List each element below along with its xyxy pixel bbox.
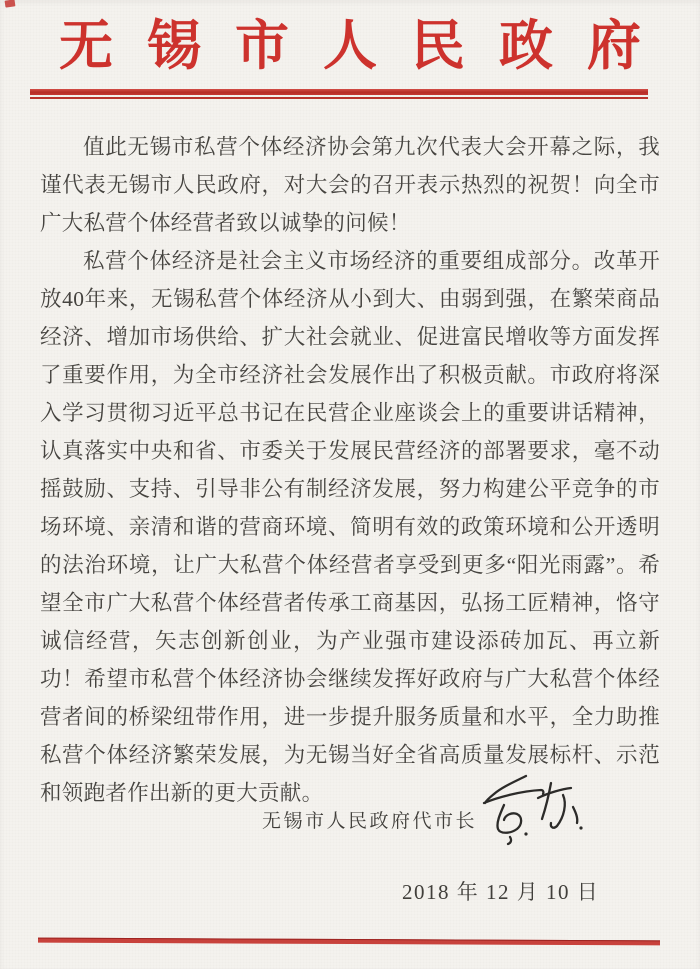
paragraph-main: 私营个体经济是社会主义市场经济的重要组成部分。改革开放40年来，无锡私营个体经济… (40, 242, 660, 812)
letter-body: 值此无锡市私营个体经济协会第九次代表大会开幕之际，我谨代表无锡市人民政府，对大会… (40, 128, 660, 812)
letterhead-title: 无锡市人民政府 (0, 12, 700, 80)
scanned-letter-page: 无锡市人民政府 值此无锡市私营个体经济协会第九次代表大会开幕之际，我谨代表无锡市… (0, 0, 700, 969)
paragraph-greeting: 值此无锡市私营个体经济协会第九次代表大会开幕之际，我谨代表无锡市人民政府，对大会… (40, 128, 660, 242)
letterhead-rule-thin (30, 97, 648, 99)
handwritten-signature-icon (440, 765, 590, 855)
footer-rule (38, 938, 660, 946)
letterhead-rule-thick (30, 89, 648, 95)
scan-artifact-mark (5, 0, 16, 8)
date-line: 2018 年 12 月 10 日 (402, 876, 599, 906)
